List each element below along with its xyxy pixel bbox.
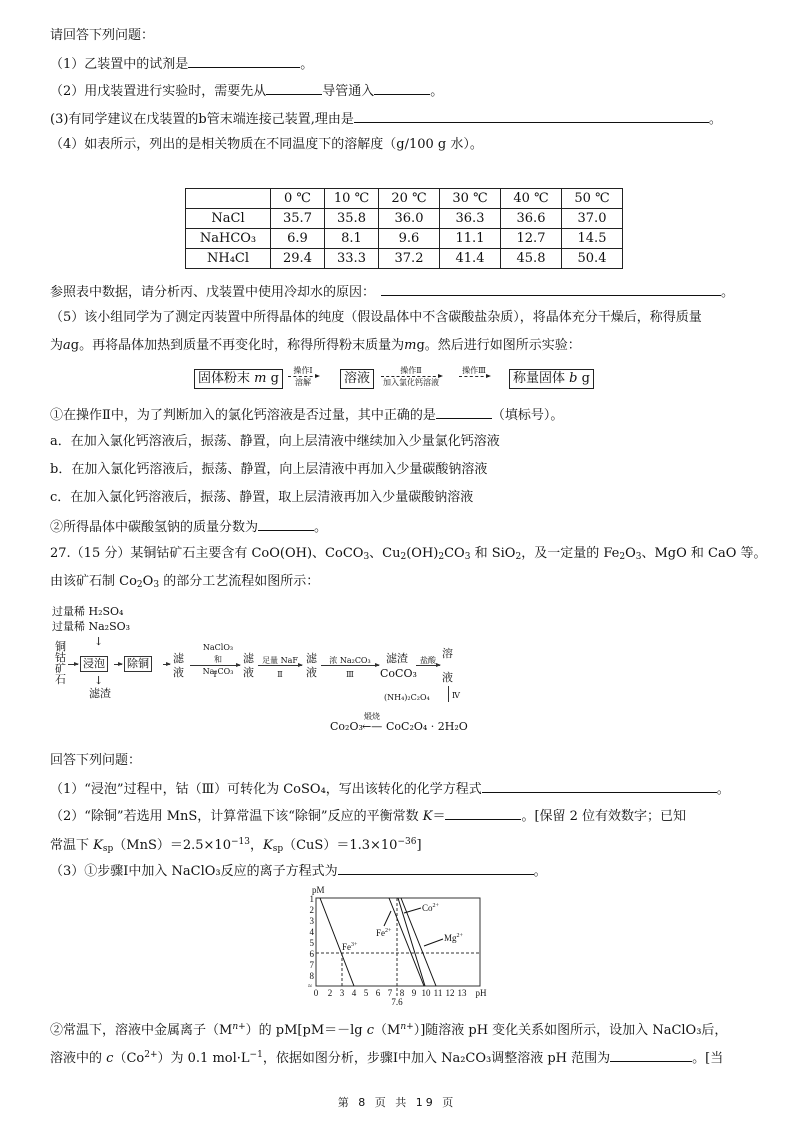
svg-text:4: 4: [352, 988, 357, 998]
row-label: NH₄Cl: [186, 249, 271, 269]
arrow-operation-1: 操作Ⅰ 溶解: [288, 366, 318, 387]
svg-text:6: 6: [310, 949, 315, 959]
cell: 8.1: [325, 229, 379, 249]
cell: 12.7: [501, 229, 562, 249]
step2-label: Ⅱ: [258, 669, 302, 681]
filtrate-char: 滤: [306, 652, 317, 666]
q-text: 。[保留 2 位有效数字；已知: [521, 809, 686, 824]
cell: 6.9: [271, 229, 325, 249]
variable-b: b: [569, 371, 577, 386]
header-cell: 50 ℃: [562, 189, 623, 209]
option-a: a．在加入氯化钙溶液后，振荡、静置，向上层清液中继续加入少量氯化钙溶液: [50, 433, 500, 451]
q-text: （CuS）＝1.3×10: [283, 838, 397, 853]
q-text: 溶液中的: [50, 1051, 102, 1066]
svg-text:11: 11: [434, 988, 443, 998]
q-text: （2）用戊装置进行实验时，需要先从: [50, 84, 266, 99]
table-row: NaCl 35.7 35.8 36.0 36.3 36.6 37.0: [186, 209, 623, 229]
arrow-operation-2: 操作Ⅱ 加入氯化钙溶液: [381, 366, 441, 387]
exponent: −36: [397, 837, 416, 847]
arrow-down-icon: ↓: [94, 675, 103, 687]
cell: 50.4: [562, 249, 623, 269]
unit: g: [271, 371, 279, 386]
question-26-4: （4）如表所示，列出的是相关物质在不同温度下的溶解度（g/100 g 水）。: [50, 136, 483, 154]
question-26-5-line1: （5）该小组同学为了测定丙装置中所得晶体的纯度（假设晶体中不含碳酸盐杂质），将晶…: [50, 309, 702, 327]
process-box-powder: 固体粉末 m g: [194, 369, 283, 389]
answer-blank[interactable]: [374, 81, 430, 95]
filtrate-char: 液: [306, 666, 317, 680]
reagent-h2so4: 过量稀 H₂SO₄: [52, 606, 123, 618]
filtrate-1: 滤液: [173, 652, 184, 680]
question-27-3-2-line1: ②常温下，溶液中金属离子（Mn+）的 pM[pM＝－lg c（Mn+）]随溶液 …: [50, 1018, 727, 1040]
cell: 29.4: [271, 249, 325, 269]
filtrate-char: 液: [243, 666, 254, 680]
y-ticks: 1234 5678: [310, 894, 315, 981]
answer-blank[interactable]: [381, 282, 721, 296]
ore-char: 石: [55, 674, 66, 685]
svg-text:13: 13: [458, 988, 468, 998]
header-cell: 20 ℃: [379, 189, 440, 209]
answer-blank[interactable]: [188, 54, 300, 68]
cell: 37.2: [379, 249, 440, 269]
cell: 14.5: [562, 229, 623, 249]
svg-text:2: 2: [328, 988, 333, 998]
process-box-solution: 溶液: [340, 369, 374, 389]
filtrate-char: 滤: [173, 652, 184, 666]
pointer-co2: [404, 908, 421, 913]
exponent: −13: [231, 837, 250, 847]
variable-k: K: [423, 809, 433, 824]
q-text: （填标号）。: [492, 408, 564, 423]
co2o3-product: Co₂O₃: [330, 721, 363, 733]
q-text: （3）①步骤Ⅰ中加入 NaClO₃反应的离子方程式为: [50, 864, 338, 879]
question-26-5-sub2: ②所得晶体中碳酸氢钠的质量分数为。: [50, 517, 327, 537]
label-co2: Co2+: [422, 903, 440, 913]
svg-text:9: 9: [412, 988, 417, 998]
cell: 33.3: [325, 249, 379, 269]
label-fe3: Fe3+: [342, 942, 358, 952]
q-text: 27.（15 分）某铜钴矿石主要含有 CoO(OH)、CoCO: [50, 546, 363, 561]
q-text: ，依据如图分析，步骤Ⅰ中加入 Na₂CO₃调整溶液 pH 范围为: [263, 1051, 610, 1066]
q-text: ②所得晶体中碳酸氢钠的质量分数为: [50, 520, 258, 535]
answer-blank[interactable]: [258, 517, 314, 531]
box-label: 固体粉末: [198, 371, 250, 386]
arrow-down-icon: ↓: [94, 636, 103, 648]
question-26-1: （1）乙装置中的试剂是。: [50, 54, 313, 74]
cobalt-oxalate: CoC₂O₄ · 2H₂O: [386, 721, 468, 733]
answer-blank[interactable]: [445, 806, 521, 820]
header-cell: [186, 189, 271, 209]
svg-text:3: 3: [340, 988, 345, 998]
solubility-table: 0 ℃ 10 ℃ 20 ℃ 30 ℃ 40 ℃ 50 ℃ NaCl 35.7 3…: [185, 188, 623, 269]
question-27-2-cont: 常温下 Ksp（MnS）＝2.5×10−13，Ksp（CuS）＝1.3×10−3…: [50, 833, 422, 858]
answer-blank[interactable]: [436, 405, 492, 419]
question-26-2: （2）用戊装置进行实验时，需要先从导管通入。: [50, 81, 443, 101]
header-cell: 30 ℃: [440, 189, 501, 209]
label-mg2: Mg2+: [444, 933, 464, 943]
answer-blank[interactable]: [266, 81, 322, 95]
step4-label: Ⅳ: [452, 690, 460, 702]
header-cell: 0 ℃: [271, 189, 325, 209]
residue-1: 滤渣: [89, 688, 111, 700]
answer-blank[interactable]: [610, 1048, 692, 1062]
reagent-text: NaClO₃: [198, 642, 238, 654]
question-26-5-sub1: ①在操作Ⅱ中，为了判断加入的氯化钙溶液是否过量，其中正确的是（填标号）。: [50, 405, 563, 425]
arrow-right-icon: [114, 664, 122, 665]
cell: 37.0: [562, 209, 623, 229]
question-27-3: （3）①步骤Ⅰ中加入 NaClO₃反应的离子方程式为。: [50, 861, 547, 881]
pm-ph-chart: pM 1234 5678 ≈ 0234 5678 9101112 13pH 7.…: [298, 884, 498, 1006]
step1-label: Ⅰ: [190, 669, 240, 681]
answer-intro: 回答下列问题：: [50, 752, 141, 770]
ore-label: 铜 钴 矿 石: [55, 641, 66, 685]
table-header-row: 0 ℃ 10 ℃ 20 ℃ 30 ℃ 40 ℃ 50 ℃: [186, 189, 623, 209]
q-text: （Co: [113, 1051, 144, 1066]
arrow-label-top: 操作Ⅰ: [288, 366, 318, 375]
arrow-step-2: [258, 665, 302, 666]
q-text: g。然后进行如图所示实验：: [416, 338, 580, 353]
label-fe2: Fe2+: [376, 928, 392, 938]
q-text: ①在操作Ⅱ中，为了判断加入的氯化钙溶液是否过量，其中正确的是: [50, 408, 436, 423]
svg-text:5: 5: [310, 938, 315, 948]
arrow-icon: [288, 376, 318, 377]
svg-text:3: 3: [310, 916, 315, 926]
arrow-right-icon: [163, 664, 170, 665]
q-text: 由该矿石制 Co: [50, 574, 137, 589]
question-26-5-line2: 为ag。再将晶体加热到质量不再变化时，称得所得粉末质量为mg。然后进行如图所示实…: [50, 337, 581, 355]
svg-text:2: 2: [310, 905, 315, 915]
q-text: ]: [416, 838, 421, 853]
filtrate-2: 滤液: [243, 652, 254, 680]
q-text: 参照表中数据，请分析丙、戊装置中使用冷却水的原因：: [50, 285, 375, 300]
q-text: (3)有同学建议在戊装置的b管末端连接己装置,理由是: [50, 112, 354, 127]
question-27-1: （1）“浸泡”过程中，钴（Ⅲ）可转化为 CoSO₄，写出该转化的化学方程式。: [50, 779, 730, 799]
residue-2: 滤渣: [386, 653, 408, 665]
cell: 41.4: [440, 249, 501, 269]
table-row: NH₄Cl 29.4 33.3 37.2 41.4 45.8 50.4: [186, 249, 623, 269]
pointer-fe2: [384, 911, 391, 926]
q-text: g。再将晶体加热到质量不再变化时，称得所得粉末质量为: [71, 338, 404, 353]
cell: 35.7: [271, 209, 325, 229]
svg-text:10: 10: [422, 988, 432, 998]
q-text: 常温下: [50, 838, 89, 853]
svg-text:4: 4: [310, 927, 315, 937]
q-text: （M: [374, 1023, 400, 1038]
arrow-icon: [381, 376, 441, 377]
cell: 9.6: [379, 229, 440, 249]
filtrate-char: 液: [173, 666, 184, 680]
solution-char-1: 溶: [442, 648, 453, 660]
cell: 11.1: [440, 229, 501, 249]
q-text: （1）“浸泡”过程中，钴（Ⅲ）可转化为 CoSO₄，写出该转化的化学方程式: [50, 782, 482, 797]
step-remove-copper-box: 除铜: [124, 656, 152, 672]
reagent-na2so3: 过量稀 Na₂SO₃: [52, 621, 130, 633]
svg-text:7.6: 7.6: [391, 997, 403, 1006]
question-27-head: 27.（15 分）某铜钴矿石主要含有 CoO(OH)、CoCO3、Cu2(OH)…: [50, 545, 767, 566]
svg-text:6: 6: [376, 988, 381, 998]
option-b: b．在加入氯化钙溶液后，振荡、静置，向上层清液中再加入少量碳酸钠溶液: [50, 461, 487, 479]
answer-blank[interactable]: [482, 779, 717, 793]
cell: 36.0: [379, 209, 440, 229]
arrow-label-top: 操作Ⅲ: [459, 366, 489, 375]
arrow-right-icon: [68, 664, 78, 665]
header-cell: 40 ℃: [501, 189, 562, 209]
q-text: ）为 0.1 mol·L: [158, 1051, 250, 1066]
arrow-down-step4-icon: [448, 686, 449, 702]
question-26-3: (3)有同学建议在戊装置的b管末端连接己装置,理由是。: [50, 109, 722, 129]
svg-text:5: 5: [364, 988, 369, 998]
option-c: c．在加入氯化钙溶液后，振荡、静置，取上层清液再加入少量碳酸钠溶液: [50, 489, 473, 507]
answer-blank[interactable]: [354, 109, 709, 123]
step4-reagent: (NH₄)₂C₂O₄: [384, 692, 430, 704]
arrow-label-bottom: 加入氯化钙溶液: [381, 378, 441, 387]
intro-text: 请回答下列问题：: [50, 27, 154, 45]
arrow-step-1: [190, 665, 240, 666]
question-27-2: （2）“除铜”若选用 MnS，计算常温下该“除铜”反应的平衡常数 K＝。[保留 …: [50, 806, 686, 826]
row-label: NaCl: [186, 209, 271, 229]
q-text: 导管通入: [322, 84, 374, 99]
q-text: （MnS）＝2.5×10: [113, 838, 231, 853]
arrow-label-bottom: 溶解: [288, 378, 318, 387]
q-text: ）的 pM[pM＝－lg: [246, 1023, 363, 1038]
svg-text:12: 12: [446, 988, 455, 998]
arrow-operation-3: 操作Ⅲ: [459, 366, 489, 378]
cell: 35.8: [325, 209, 379, 229]
question-27-line2: 由该矿石制 Co2O3 的部分工艺流程如图所示：: [50, 573, 319, 594]
arrow-left-icon: ←—: [362, 721, 382, 733]
arrow-icon: [459, 376, 489, 377]
q-text: 。[当: [692, 1051, 723, 1066]
unit: g: [582, 371, 590, 386]
header-cell: 10 ℃: [325, 189, 379, 209]
solution-char-2: 液: [442, 672, 453, 684]
svg-text:0: 0: [314, 988, 319, 998]
cell: 45.8: [501, 249, 562, 269]
step-soak-box: 浸泡: [80, 656, 108, 672]
q-text: （2）“除铜”若选用 MnS，计算常温下该“除铜”反应的平衡常数: [50, 809, 419, 824]
question-27-3-2-line2: 溶液中的 c（Co2+）为 0.1 mol·L−1，依据如图分析，步骤Ⅰ中加入 …: [50, 1046, 723, 1068]
axis-break-icon: ≈: [308, 982, 312, 990]
filtrate-char: 滤: [243, 652, 254, 666]
svg-text:7: 7: [310, 960, 315, 970]
arrow-hcl: [416, 665, 440, 666]
box-label: 称量固体: [513, 371, 565, 386]
svg-text:8: 8: [310, 971, 315, 981]
q-text: ）]随溶液 pH 变化关系如图所示，设加入 NaClO₃后，: [414, 1023, 728, 1038]
question-26-4-followup: 参照表中数据，请分析丙、戊装置中使用冷却水的原因：。: [50, 282, 734, 302]
step3-label: Ⅲ: [321, 669, 379, 681]
q-text: 为: [50, 338, 63, 353]
x-ticks: 0234 5678 9101112 13pH 7.6: [314, 988, 487, 1006]
table-row: NaHCO₃ 6.9 8.1 9.6 11.1 12.7 14.5: [186, 229, 623, 249]
answer-blank[interactable]: [338, 861, 534, 875]
coco3: CoCO₃: [380, 668, 417, 680]
filtrate-3: 滤液: [306, 652, 317, 680]
q-text: ②常温下，溶液中金属离子（M: [50, 1023, 232, 1038]
q-text: ，: [250, 838, 263, 853]
variable-m: m: [404, 338, 416, 353]
page-footer: 第 8 页 共 19 页: [0, 1094, 794, 1110]
variable-m: m: [254, 371, 266, 386]
variable-a: a: [63, 338, 71, 353]
process-box-weigh-solid: 称量固体 b g: [509, 369, 594, 389]
cell: 36.6: [501, 209, 562, 229]
q-text: 的部分工艺流程如图所示：: [163, 574, 319, 589]
svg-text:pH: pH: [476, 988, 488, 998]
arrow-step-3: [321, 665, 379, 666]
pointer-mg2: [424, 939, 443, 946]
svg-text:1: 1: [310, 894, 315, 904]
row-label: NaHCO₃: [186, 229, 271, 249]
cell: 36.3: [440, 209, 501, 229]
q-text: （1）乙装置中的试剂是: [50, 57, 188, 72]
arrow-label-top: 操作Ⅱ: [381, 366, 441, 375]
